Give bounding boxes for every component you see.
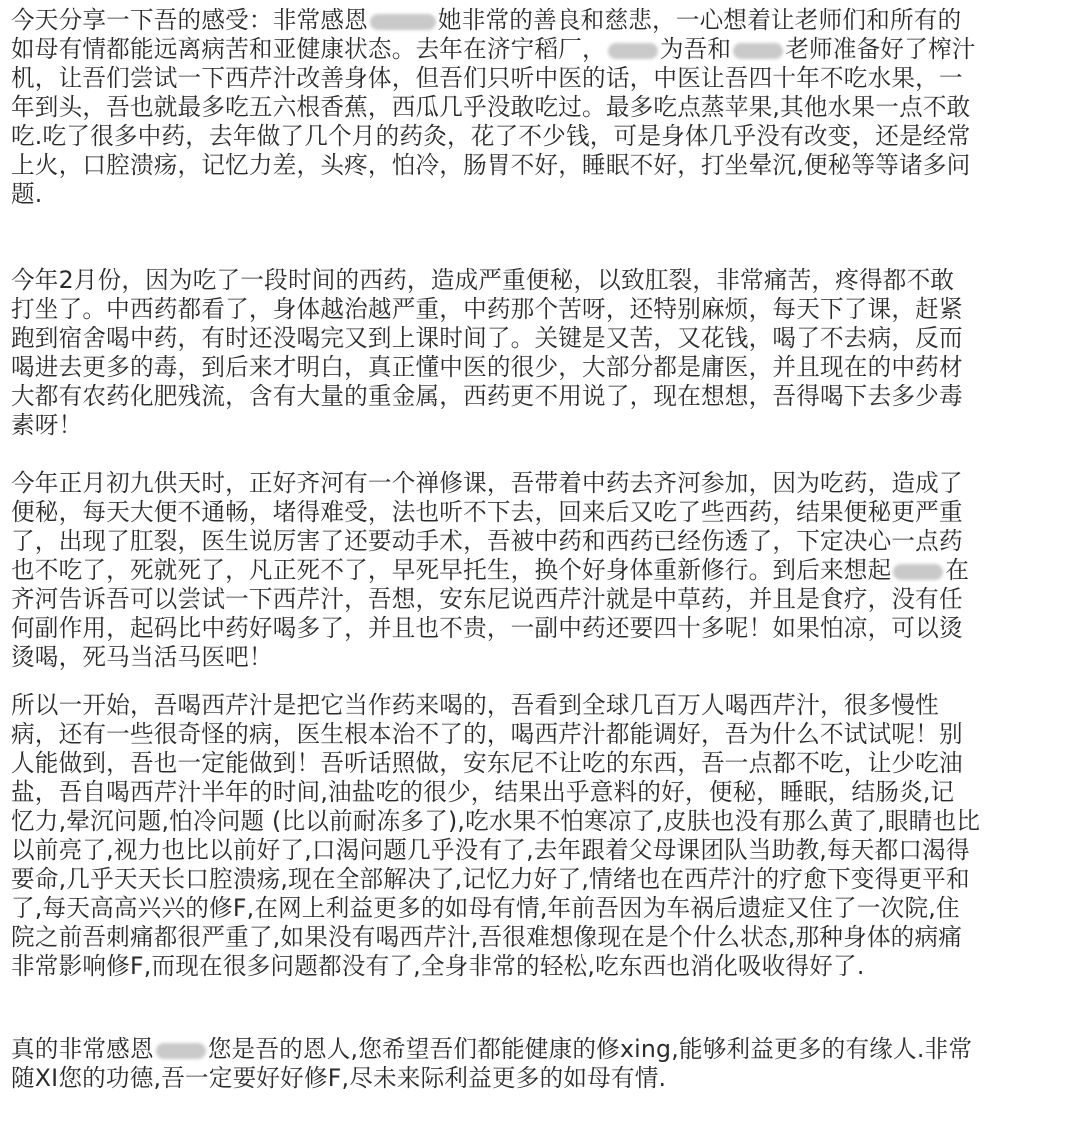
paragraph-1: 今天分享一下吾的感受：非常感恩她非常的善良和慈悲，一心想着让老师们和所有的 如母… <box>11 6 976 209</box>
text-line: 喝进去更多的毒，到后来才明白，真正懂中医的很少，大部分都是庸医，并且现在的中药材 <box>11 353 963 382</box>
text-line: 吃.吃了很多中药，去年做了几个月的药灸，花了不少钱，可是身体几乎没有改变，还是经… <box>11 122 976 151</box>
redacted-name-blur <box>893 564 943 580</box>
text-line: 了,每天高高兴兴的修F,在网上利益更多的如母有情,年前吾因为车祸后遗症又住了一次… <box>11 894 980 923</box>
text-segment: 在 <box>945 556 969 584</box>
text-line: 打坐了。中西药都看了，身体越治越严重，中药那个苦呀，还特别麻烦，每天下了课，赶紧 <box>11 295 963 324</box>
text-line: 题. <box>11 180 976 209</box>
redacted-name-blur <box>733 43 783 59</box>
text-line: 素呀！ <box>11 411 963 440</box>
text-line: 非常影响修F,而现在很多问题都没有了,全身非常的轻松,吃东西也消化吸收得好了. <box>11 952 980 981</box>
text-line: 也不吃了，死就死了，凡正死不了，早死早托生，换个好身体重新修行。到后来想起在 <box>11 556 969 585</box>
text-line: 齐河告诉吾可以尝试一下西芹汁，吾想，安东尼说西芹汁就是中草药，并且是食疗，没有任 <box>11 585 969 614</box>
text-line: 今年正月初九供天时，正好齐河有一个禅修课，吾带着中药去齐河参加，因为吃药，造成了 <box>11 469 969 498</box>
text-segment: 如母有情都能远离病苦和亚健康状态。去年在济宁稻厂， <box>11 35 606 63</box>
text-segment: 您是吾的恩人,您希望吾们都能健康的修xing,能够利益更多的有缘人.非常 <box>208 1035 972 1063</box>
text-line: 上火，口腔溃疡，记忆力差，头疼，怕冷，肠胃不好，睡眠不好，打坐晕沉,便秘等等诸多… <box>11 151 976 180</box>
paragraph-3: 今年正月初九供天时，正好齐河有一个禅修课，吾带着中药去齐河参加，因为吃药，造成了… <box>11 469 969 672</box>
text-line: 今年2月份，因为吃了一段时间的西药，造成严重便秘，以致肛裂，非常痛苦，疼得都不敢 <box>11 266 963 295</box>
text-line: 何副作用，起码比中药好喝多了，并且也不贵，一副中药还要四十多呢！如果怕凉，可以烫 <box>11 614 969 643</box>
text-segment: 老师准备好了榨汁 <box>785 35 975 63</box>
text-segment: 真的非常感恩 <box>11 1035 154 1063</box>
text-line: 所以一开始，吾喝西芹汁是把它当作药来喝的，吾看到全球几百万人喝西芹汁，很多慢性 <box>11 691 980 720</box>
text-segment: 她非常的善良和慈悲，一心想着让老师们和所有的 <box>438 6 961 34</box>
text-line: 便秘，每天大便不通畅，堵得难受，法也听不下去，回来后又吃了些西药，结果便秘更严重 <box>11 498 969 527</box>
text-line: 今天分享一下吾的感受：非常感恩她非常的善良和慈悲，一心想着让老师们和所有的 <box>11 6 976 35</box>
text-line: 真的非常感恩您是吾的恩人,您希望吾们都能健康的修xing,能够利益更多的有缘人.… <box>11 1035 972 1064</box>
text-line: 年到头，吾也就最多吃五六根香蕉，西瓜几乎没敢吃过。最多吃点蒸苹果,其他水果一点不… <box>11 93 976 122</box>
text-line: 忆力,晕沉问题,怕冷问题 (比以前耐冻多了),吃水果不怕寒凉了,皮肤也没有那么黄… <box>11 807 980 836</box>
text-line: 了，出现了肛裂，医生说厉害了还要动手术，吾被中药和西药已经伤透了，下定决心一点药 <box>11 527 969 556</box>
paragraph-5: 真的非常感恩您是吾的恩人,您希望吾们都能健康的修xing,能够利益更多的有缘人.… <box>11 1035 972 1093</box>
text-line: 如母有情都能远离病苦和亚健康状态。去年在济宁稻厂，为吾和老师准备好了榨汁 <box>11 35 976 64</box>
paragraph-4: 所以一开始，吾喝西芹汁是把它当作药来喝的，吾看到全球几百万人喝西芹汁，很多慢性 … <box>11 691 980 981</box>
text-segment: 为吾和 <box>660 35 731 63</box>
redacted-name-blur <box>370 14 436 30</box>
text-line: 机，让吾们尝试一下西芹汁改善身体，但吾们只听中医的话，中医让吾四十年不吃水果，一 <box>11 64 976 93</box>
text-line: 大都有农药化肥残流，含有大量的重金属，西药更不用说了，现在想想，吾得喝下去多少毒 <box>11 382 963 411</box>
redacted-name-blur <box>156 1043 206 1059</box>
text-line: 盐，吾自喝西芹汁半年的时间,油盐吃的很少，结果出乎意料的好，便秘，睡眠，结肠炎,… <box>11 778 980 807</box>
text-line: 以前亮了,视力也比以前好了,口渴问题几乎没有了,去年跟着父母课团队当助教,每天都… <box>11 836 980 865</box>
text-line: 院之前吾刺痛都很严重了,如果没有喝西芹汁,吾很难想像现在是个什么状态,那种身体的… <box>11 923 980 952</box>
text-segment: 今天分享一下吾的感受：非常感恩 <box>11 6 368 34</box>
text-segment: 也不吃了，死就死了，凡正死不了，早死早托生，换个好身体重新修行。到后来想起 <box>11 556 891 584</box>
text-line: 跑到宿舍喝中药，有时还没喝完又到上课时间了。关键是又苦，又花钱，喝了不去病，反而 <box>11 324 963 353</box>
text-line: 要命,几乎天天长口腔溃疡,现在全部解决了,记忆力好了,情绪也在西芹汁的疗愈下变得… <box>11 865 980 894</box>
paragraph-2: 今年2月份，因为吃了一段时间的西药，造成严重便秘，以致肛裂，非常痛苦，疼得都不敢… <box>11 266 963 440</box>
text-line: 烫喝，死马当活马医吧！ <box>11 643 969 672</box>
redacted-name-blur <box>608 43 658 59</box>
text-line: 病，还有一些很奇怪的病，医生根本治不了的，喝西芹汁都能调好，吾为什么不试试呢！别 <box>11 720 980 749</box>
text-line: 随XI您的功德,吾一定要好好修F,尽未来际利益更多的如母有情. <box>11 1064 972 1093</box>
text-line: 人能做到，吾也一定能做到！吾听话照做，安东尼不让吃的东西，吾一点都不吃，让少吃油 <box>11 749 980 778</box>
